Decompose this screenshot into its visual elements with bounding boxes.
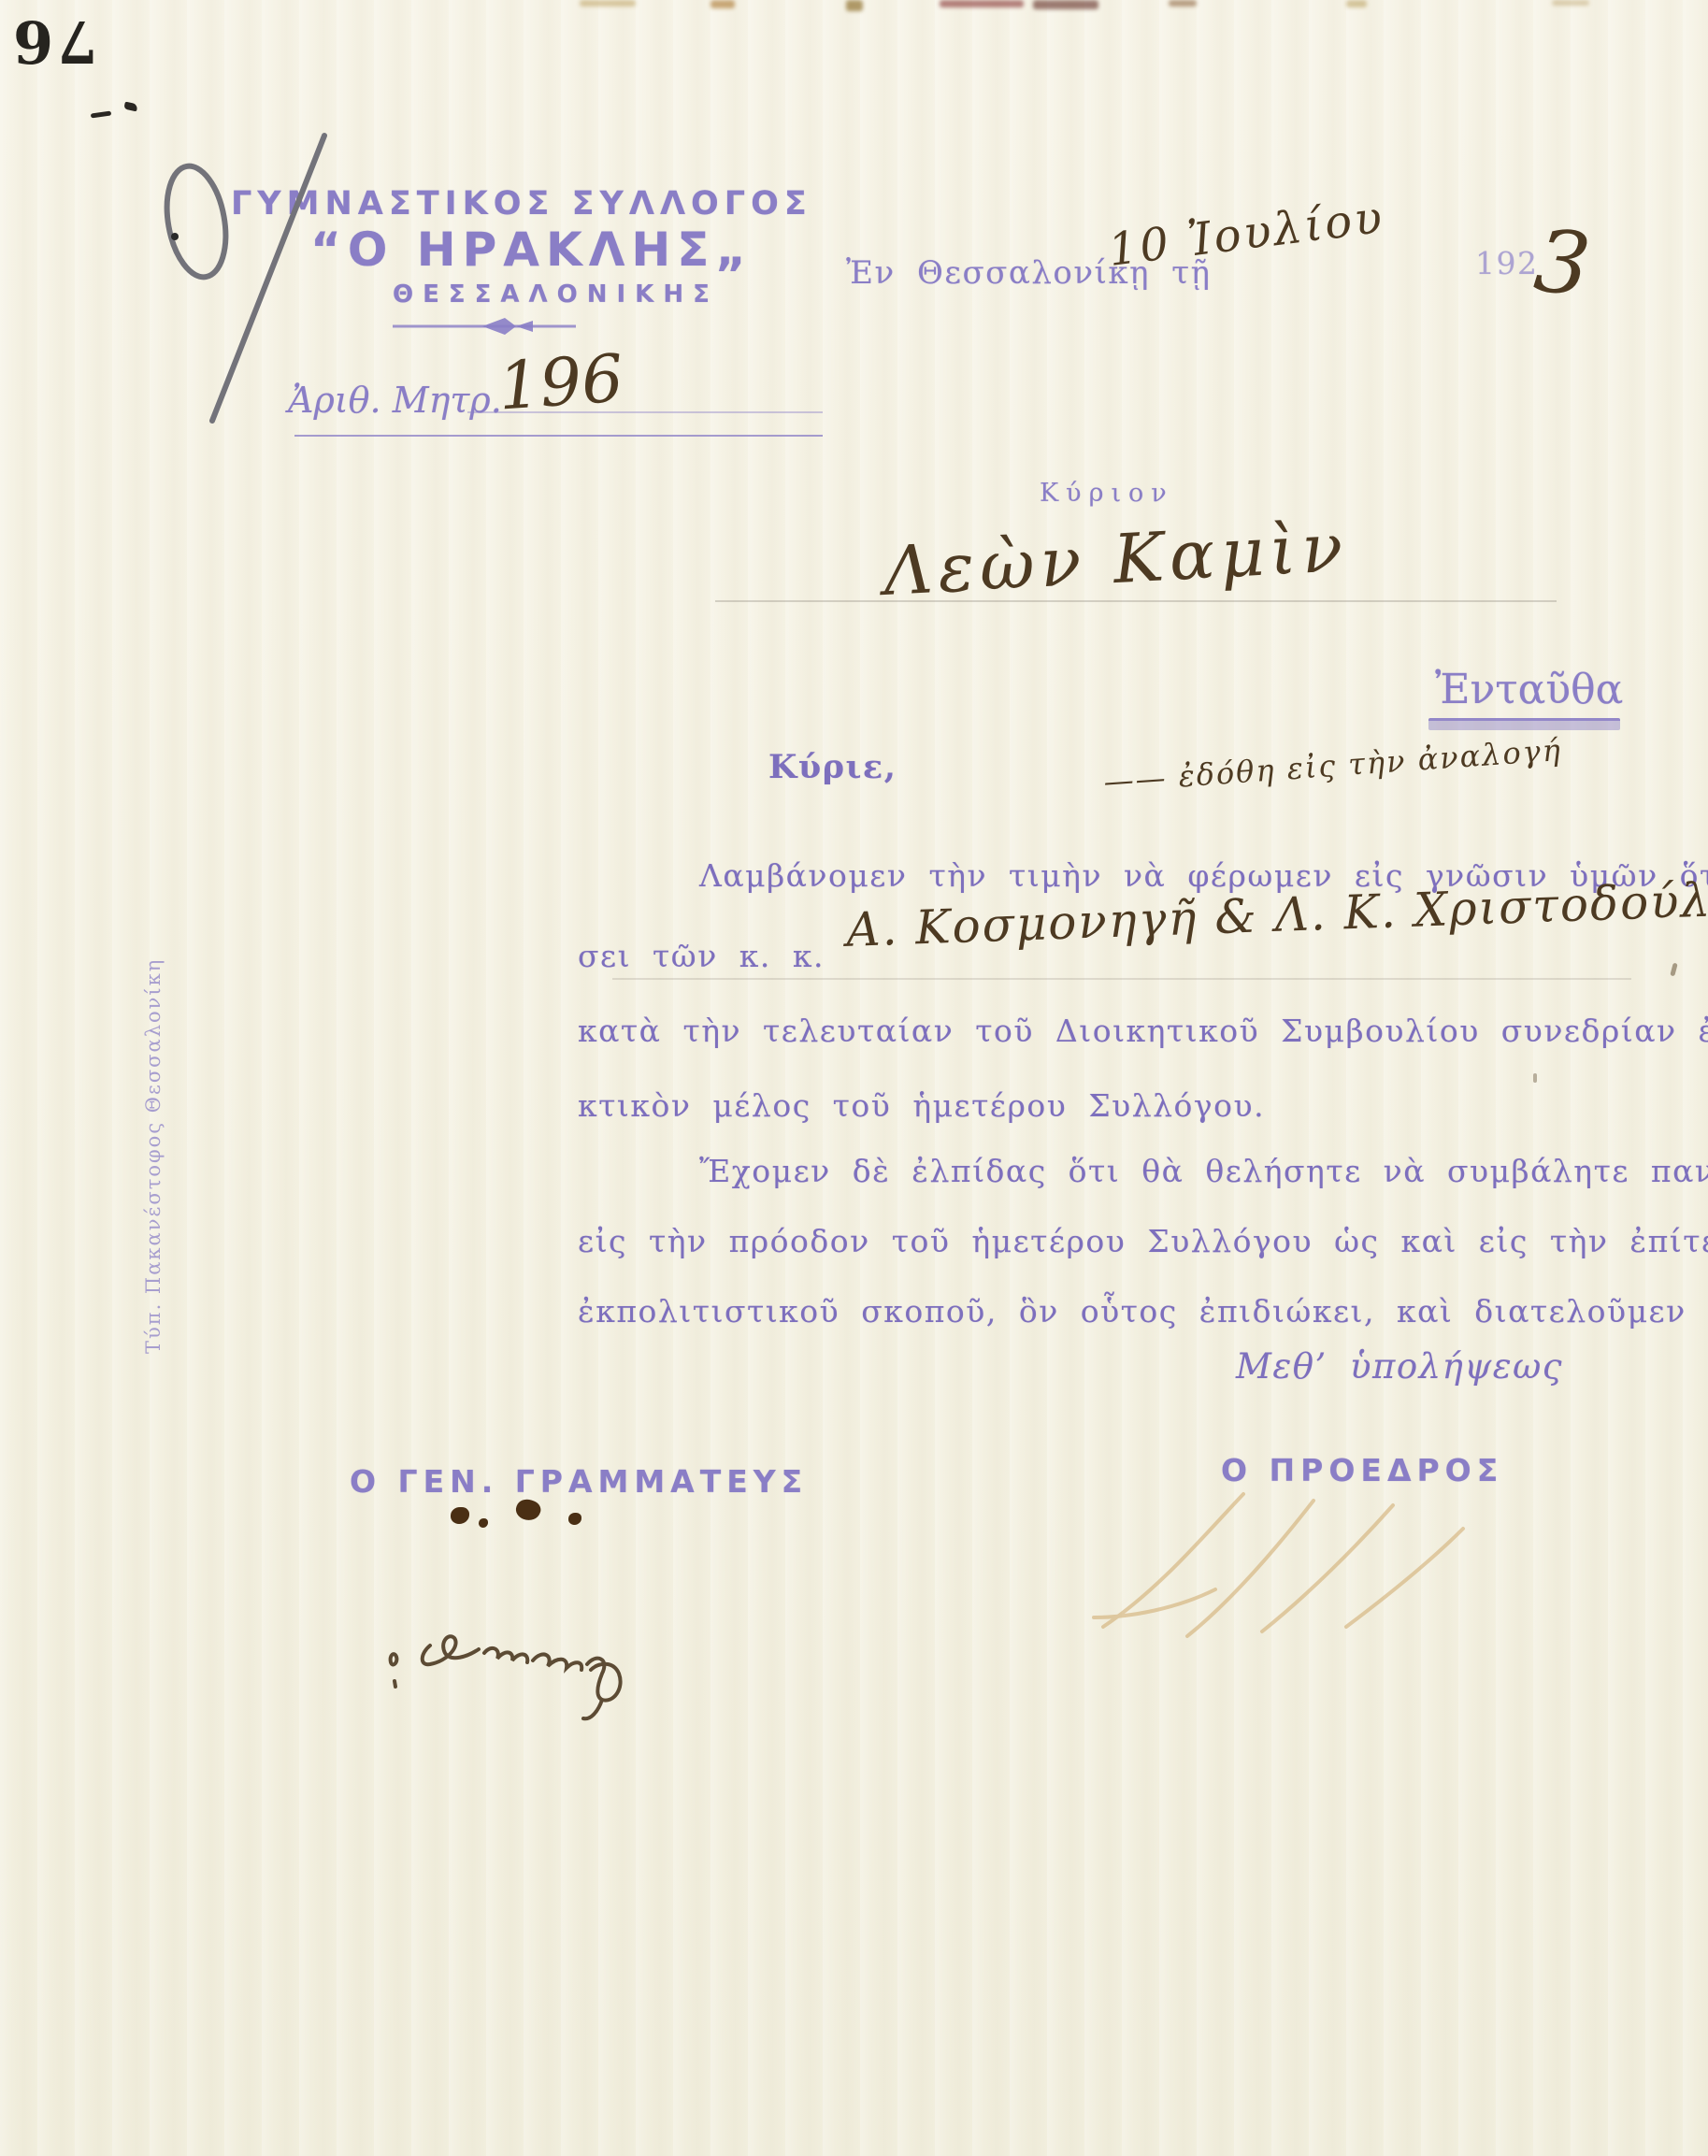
secretary-title: Ο ΓΕΝ. ΓΡΑΜΜΑΤΕΥΣ: [350, 1463, 808, 1500]
registry-underline-short: [467, 411, 823, 413]
ink-dot-mark: [123, 102, 137, 112]
president-signature: [1075, 1477, 1477, 1646]
dateline-year-digit-handwritten: 3: [1530, 210, 1595, 316]
body-p2-line1: Ἔχομεν δὲ ἐλπίδας ὅτι θὰ θελήσητε νὰ συμ…: [699, 1153, 1708, 1189]
pencil-checkmark: [154, 117, 351, 435]
body-p1-line2-underline: [612, 978, 1631, 980]
recipient-location-printed: Ἐνταῦθα: [1435, 666, 1623, 713]
body-p2-line3: ἐκπολιτιστικοῦ σκοποῦ, ὃν οὗτος ἐπιδιώκε…: [578, 1293, 1686, 1330]
margin-annotation-handwritten: —— ἐδόθη εἰς τὴν ἀναλογή: [1102, 732, 1563, 799]
secretary-signature: [374, 1608, 673, 1730]
recipient-salutation: Κύριον: [1040, 479, 1174, 508]
body-salutation: Κύριε,: [768, 748, 897, 786]
letterhead-club-title: “Ο ΗΡΑΚΛΗΣ„: [310, 223, 753, 277]
letterhead-divider-ornament: [393, 316, 576, 337]
body-p1-line3: κατὰ τὴν τελευταίαν τοῦ Διοικητικοῦ Συμβ…: [578, 1013, 1708, 1049]
registry-underline-long: [294, 435, 823, 437]
closing-valediction: Μεθ’ ὑπολήψεως: [1236, 1346, 1563, 1387]
archive-page-number: 76: [9, 7, 97, 76]
dateline-year-printed: 192: [1475, 245, 1539, 281]
letterhead-city: ΘΕΣΣΑΛΟΝΙΚΗΣ: [393, 280, 719, 309]
recipient-name-handwritten: Λεὼν Καμὶν: [882, 508, 1350, 611]
scanned-letter-page: 76 ΓΥΜΝΑΣΤΙΚΟΣ ΣΥΛΛΟΓΟΣ “Ο ΗΡΑΚΛΗΣ„ ΘΕΣΣ…: [0, 0, 1708, 2156]
body-p1-line2-printed: σει τῶν κ. κ.: [578, 938, 825, 974]
dateline-day-month-handwritten: 10 Ἰουλίου: [1106, 191, 1387, 277]
stray-speck: [1670, 963, 1677, 977]
ink-dash-mark: [91, 110, 111, 118]
printer-imprint: Τύπ. Πακανέστοφος Θεσσαλονίκη: [142, 958, 165, 1354]
stray-speck: [1533, 1073, 1537, 1083]
body-p2-line2: εἰς τὴν πρόοδον τοῦ ἡμετέρου Συλλόγου ὡς…: [578, 1223, 1708, 1259]
body-p1-line4: κτικὸν μέλος τοῦ ἡμετέρου Συλλόγου.: [578, 1087, 1265, 1124]
recipient-location-underline: [1428, 718, 1620, 730]
recipient-name-underline: [715, 600, 1557, 602]
